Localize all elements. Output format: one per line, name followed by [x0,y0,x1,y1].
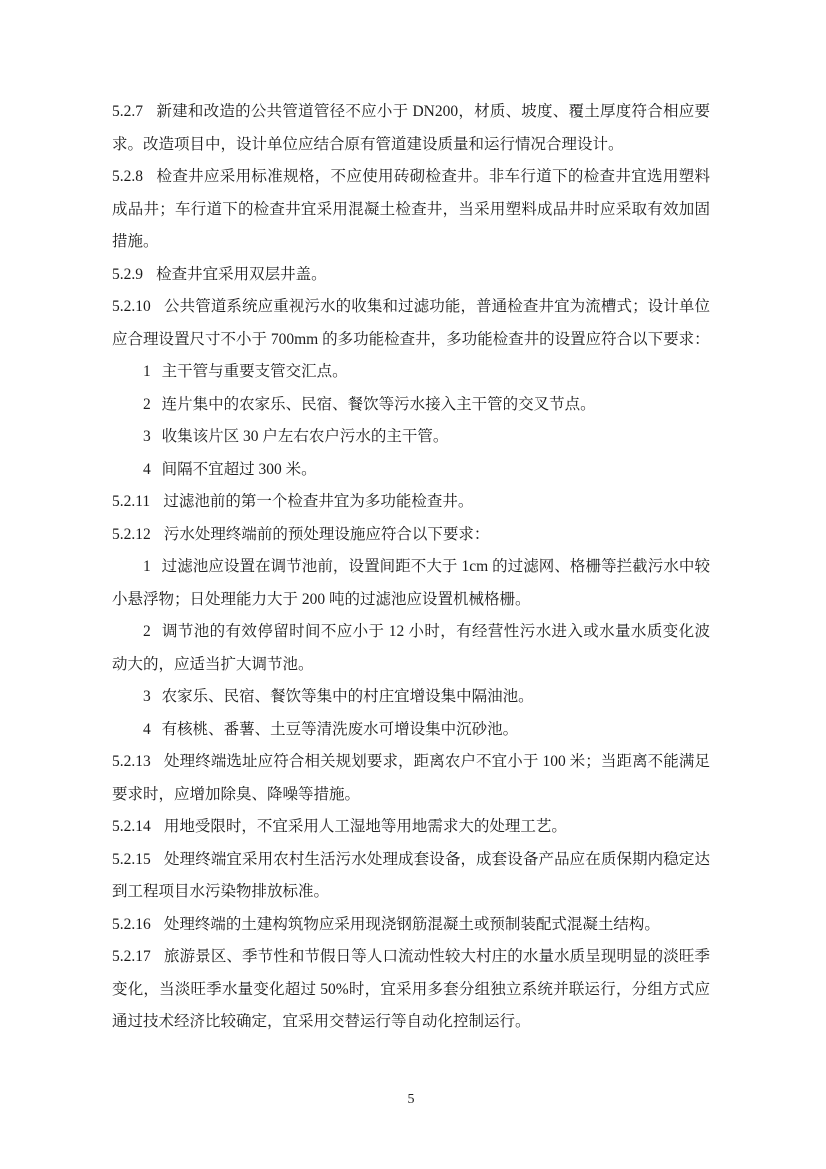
item-number: 3 [143,688,162,705]
clause-5.2.10-item-2: 2连片集中的农家乐、民宿、餐饮等污水接入主干管的交叉节点。 [112,389,710,422]
clause-5.2.7: 5.2.7新建和改造的公共管道管径不应小于 DN200，材质、坡度、覆土厚度符合… [112,96,710,161]
clause-text: 新建和改造的公共管道管径不应小于 DN200，材质、坡度、覆土厚度符合相应要求。… [112,103,710,153]
item-number: 3 [143,428,162,445]
item-number: 4 [143,721,162,738]
item-text: 农家乐、民宿、餐饮等集中的村庄宜增设集中隔油池。 [162,688,534,705]
clause-number: 5.2.17 [112,948,164,965]
item-text: 有核桃、番薯、土豆等清洗废水可增设集中沉砂池。 [162,721,519,738]
item-number: 2 [143,396,162,413]
clause-number: 5.2.9 [112,266,156,283]
clause-5.2.12-item-3: 3农家乐、民宿、餐饮等集中的村庄宜增设集中隔油池。 [112,681,710,714]
item-number: 4 [143,461,162,478]
clause-number: 5.2.11 [112,493,163,510]
clause-5.2.9: 5.2.9检查井宜采用双层井盖。 [112,259,710,292]
clause-5.2.10: 5.2.10公共管道系统应重视污水的收集和过滤功能，普通检查井宜为流槽式；设计单… [112,291,710,356]
clause-text: 过滤池前的第一个检查井宜为多功能检查井。 [163,493,473,510]
item-text: 过滤池应设置在调节池前，设置间距不大于 1cm 的过滤网、格栅等拦截污水中较小悬… [112,558,710,608]
clause-5.2.10-item-1: 1主干管与重要支管交汇点。 [112,356,710,389]
clause-number: 5.2.13 [112,753,164,770]
clause-text: 用地受限时，不宜采用人工湿地等用地需求大的处理工艺。 [164,818,567,835]
clause-5.2.8: 5.2.8检查井应采用标准规格，不应使用砖砌检查井。非车行道下的检查井宜选用塑料… [112,161,710,259]
clause-text: 污水处理终端前的预处理设施应符合以下要求： [164,526,490,543]
clause-text: 旅游景区、季节性和节假日等人口流动性较大村庄的水量水质呈现明显的淡旺季变化，当淡… [112,948,710,1030]
item-text: 调节池的有效停留时间不应小于 12 小时，有经营性污水进入或水量水质变化波动大的… [112,623,710,673]
item-number: 1 [143,558,162,575]
clause-number: 5.2.12 [112,526,164,543]
item-text: 收集该片区 30 户左右农户污水的主干管。 [162,428,449,445]
clause-5.2.15: 5.2.15处理终端宜采用农村生活污水处理成套设备，成套设备产品应在质保期内稳定… [112,844,710,909]
clause-text: 处理终端选址应符合相关规划要求，距离农户不宜小于 100 米；当距离不能满足要求… [112,753,710,803]
clause-text: 检查井宜采用双层井盖。 [156,266,327,283]
clause-number: 5.2.15 [112,851,164,868]
clause-5.2.10-item-3: 3收集该片区 30 户左右农户污水的主干管。 [112,421,710,454]
clause-5.2.12-item-1: 1过滤池应设置在调节池前，设置间距不大于 1cm 的过滤网、格栅等拦截污水中较小… [112,551,710,616]
item-text: 主干管与重要支管交汇点。 [162,363,348,380]
clause-5.2.10-item-4: 4间隔不宜超过 300 米。 [112,454,710,487]
document-body: 5.2.7新建和改造的公共管道管径不应小于 DN200，材质、坡度、覆土厚度符合… [112,96,710,1039]
clause-number: 5.2.16 [112,916,164,933]
document-page: 5.2.7新建和改造的公共管道管径不应小于 DN200，材质、坡度、覆土厚度符合… [0,0,826,1169]
clause-number: 5.2.8 [112,168,156,185]
clause-text: 处理终端宜采用农村生活污水处理成套设备，成套设备产品应在质保期内稳定达到工程项目… [112,851,710,901]
item-text: 连片集中的农家乐、民宿、餐饮等污水接入主干管的交叉节点。 [162,396,596,413]
page-number: 5 [408,1092,415,1107]
clause-text: 公共管道系统应重视污水的收集和过滤功能，普通检查井宜为流槽式；设计单位应合理设置… [112,298,710,348]
clause-text: 检查井应采用标准规格，不应使用砖砌检查井。非车行道下的检查井宜选用塑料成品井；车… [112,168,710,250]
clause-5.2.16: 5.2.16处理终端的土建构筑物应采用现浇钢筋混凝土或预制装配式混凝土结构。 [112,909,710,942]
clause-5.2.12: 5.2.12污水处理终端前的预处理设施应符合以下要求： [112,519,710,552]
clause-number: 5.2.7 [112,103,156,120]
clause-5.2.14: 5.2.14用地受限时，不宜采用人工湿地等用地需求大的处理工艺。 [112,811,710,844]
clause-number: 5.2.14 [112,818,164,835]
item-number: 1 [143,363,162,380]
item-text: 间隔不宜超过 300 米。 [162,461,317,478]
clause-text: 处理终端的土建构筑物应采用现浇钢筋混凝土或预制装配式混凝土结构。 [164,916,660,933]
clause-number: 5.2.10 [112,298,164,315]
item-number: 2 [143,623,162,640]
clause-5.2.12-item-4: 4有核桃、番薯、土豆等清洗废水可增设集中沉砂池。 [112,714,710,747]
clause-5.2.17: 5.2.17旅游景区、季节性和节假日等人口流动性较大村庄的水量水质呈现明显的淡旺… [112,941,710,1039]
page-footer: 5 [112,1090,710,1110]
clause-5.2.13: 5.2.13处理终端选址应符合相关规划要求，距离农户不宜小于 100 米；当距离… [112,746,710,811]
clause-5.2.12-item-2: 2调节池的有效停留时间不应小于 12 小时，有经营性污水进入或水量水质变化波动大… [112,616,710,681]
clause-5.2.11: 5.2.11过滤池前的第一个检查井宜为多功能检查井。 [112,486,710,519]
